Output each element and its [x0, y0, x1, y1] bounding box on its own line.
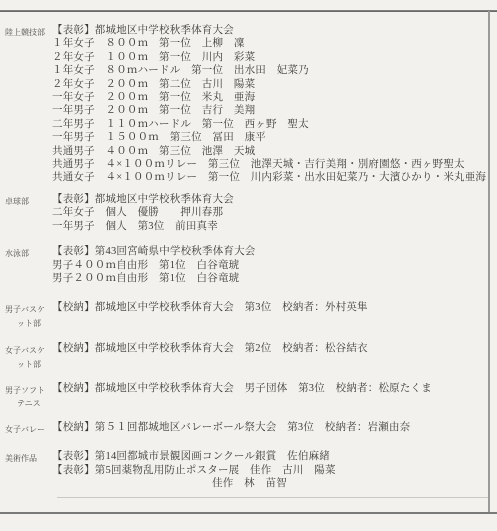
scanned-document-page: 陸上競技部【表彰】都城地区中学校秋季体育大会１年女子 ８００ｍ 第一位 上柳 凜…: [0, 13, 488, 512]
section: 男子ソフトテニス【校納】都城地区中学校秋季体育大会 男子団体 第3位 校納者：松…: [0, 382, 488, 411]
section: 美術作品【表彰】第14回都城市景観図画コンクール銀賞 佐伯麻緒【表彰】第5回薬物…: [0, 450, 488, 490]
text-line: 一年男子 個人 第3位 前田真幸: [52, 220, 488, 233]
text-line: 【校納】第５１回都城地区バレーボール祭大会 第3位 校納者：岩瀬由奈: [52, 421, 488, 434]
section-label-line: 美術作品: [5, 452, 52, 465]
sections: 陸上競技部【表彰】都城地区中学校秋季体育大会１年女子 ８００ｍ 第一位 上柳 凜…: [0, 24, 488, 490]
text-line: 【表彰】都城地区中学校秋季体育大会: [52, 24, 488, 37]
text-line: 一年男子 １５００ｍ 第三位 冨田 康平: [52, 131, 488, 144]
section-label-line: テニス: [5, 397, 52, 410]
section-lines: 【表彰】第14回都城市景観図画コンクール銀賞 佐伯麻緒【表彰】第5回薬物乱用防止…: [52, 450, 488, 490]
section-lines: 【表彰】第43回宮崎県中学校秋季体育大会男子４００ｍ自由形 第1位 白谷竜琥男子…: [52, 245, 488, 285]
text-line: 【校納】都城地区中学校秋季体育大会 第3位 校納者：外村英隼: [52, 301, 488, 314]
section-label: 女子バスケット部: [0, 342, 52, 371]
section: 男子バスケット部【校納】都城地区中学校秋季体育大会 第3位 校納者：外村英隼: [0, 301, 488, 330]
text-line: 【校納】都城地区中学校秋季体育大会 第2位 校納者：松谷結衣: [52, 342, 488, 355]
section-lines: 【校納】都城地区中学校秋季体育大会 第2位 校納者：松谷結衣: [52, 342, 488, 355]
section-label-line: ット部: [5, 317, 52, 330]
section: 卓球部【表彰】都城地区中学校秋季体育大会二年女子 個人 優勝 押川春那一年男子 …: [0, 193, 488, 233]
text-line: １年女子 ８００ｍ 第一位 上柳 凜: [52, 37, 488, 50]
page-bottom-border: [0, 512, 497, 514]
section-lines: 【表彰】都城地区中学校秋季体育大会１年女子 ８００ｍ 第一位 上柳 凜２年女子 …: [52, 24, 488, 185]
text-line: 【表彰】第5回薬物乱用防止ポスター展 佳作 古川 陽菜: [52, 464, 488, 477]
text-line: 一年男子 ２００ｍ 第一位 吉行 美翔: [52, 104, 488, 117]
text-line: 共通女子 ４×１００ｍリレー 第一位 川内彩菜・出水田妃菜乃・大濱ひかり・米丸亜…: [52, 171, 488, 184]
text-line: １年女子 ８０ｍハードル 第一位 出水田 妃菜乃: [52, 64, 488, 77]
section-label-line: 水泳部: [5, 247, 52, 260]
section-label-line: 陸上競技部: [5, 26, 52, 39]
text-line: 男子４００ｍ自由形 第1位 白谷竜琥: [52, 259, 488, 272]
text-line: 男子２００ｍ自由形 第1位 白谷竜琥: [52, 272, 488, 285]
section-label: 陸上競技部: [0, 24, 52, 39]
section-lines: 【校納】都城地区中学校秋季体育大会 男子団体 第3位 校納者：松原たくま: [52, 382, 488, 395]
section-lines: 【校納】第５１回都城地区バレーボール祭大会 第3位 校納者：岩瀬由奈: [52, 421, 488, 434]
section-lines: 【校納】都城地区中学校秋季体育大会 第3位 校納者：外村英隼: [52, 301, 488, 314]
section: 水泳部【表彰】第43回宮崎県中学校秋季体育大会男子４００ｍ自由形 第1位 白谷竜…: [0, 245, 488, 285]
section-lines: 【表彰】都城地区中学校秋季体育大会二年女子 個人 優勝 押川春那一年男子 個人 …: [52, 193, 488, 233]
section-label-line: 卓球部: [5, 195, 52, 208]
section-label-line: 男子ソフト: [5, 384, 52, 397]
section: 女子バレー【校納】第５１回都城地区バレーボール祭大会 第3位 校納者：岩瀬由奈: [0, 421, 488, 436]
text-line: 佳作 林 苗智: [52, 477, 488, 490]
section-label: 男子ソフトテニス: [0, 382, 52, 411]
page-right-border: [488, 11, 490, 514]
section-label: 卓球部: [0, 193, 52, 208]
section-label: 美術作品: [0, 450, 52, 465]
text-line: 共通男子 ４×１００ｍリレー 第三位 池澤天城・吉行美翔・別府園悠・西ヶ野聖太: [52, 158, 488, 171]
text-line: ２年女子 ２００ｍ 第二位 古川 陽菜: [52, 78, 488, 91]
section-label: 女子バレー: [0, 421, 52, 436]
section: 陸上競技部【表彰】都城地区中学校秋季体育大会１年女子 ８００ｍ 第一位 上柳 凜…: [0, 24, 488, 185]
section-label-line: 女子バスケ: [5, 344, 52, 357]
text-line: 【校納】都城地区中学校秋季体育大会 男子団体 第3位 校納者：松原たくま: [52, 382, 488, 395]
section-label: 男子バスケット部: [0, 301, 52, 330]
text-line: 二年男子 １１０ｍハードル 第一位 西ヶ野 聖太: [52, 118, 488, 131]
text-line: 【表彰】第14回都城市景観図画コンクール銀賞 佐伯麻緒: [52, 450, 488, 463]
text-line: 【表彰】第43回宮崎県中学校秋季体育大会: [52, 245, 488, 258]
section-label-line: ット部: [5, 358, 52, 371]
text-line: ２年女子 １００ｍ 第一位 川内 彩菜: [52, 51, 488, 64]
text-line: 一年女子 ２００ｍ 第一位 米丸 亜海: [52, 91, 488, 104]
section: 女子バスケット部【校納】都城地区中学校秋季体育大会 第2位 校納者：松谷結衣: [0, 342, 488, 371]
section-label: 水泳部: [0, 245, 52, 260]
text-line: 【表彰】都城地区中学校秋季体育大会: [52, 193, 488, 206]
section-label-line: 女子バレー: [5, 423, 52, 436]
page-top-border: [0, 10, 497, 12]
text-line: 共通男子 ４００ｍ 第三位 池澤 天城: [52, 145, 488, 158]
section-label-line: 男子バスケ: [5, 303, 52, 316]
text-line: 二年女子 個人 優勝 押川春那: [52, 206, 488, 219]
